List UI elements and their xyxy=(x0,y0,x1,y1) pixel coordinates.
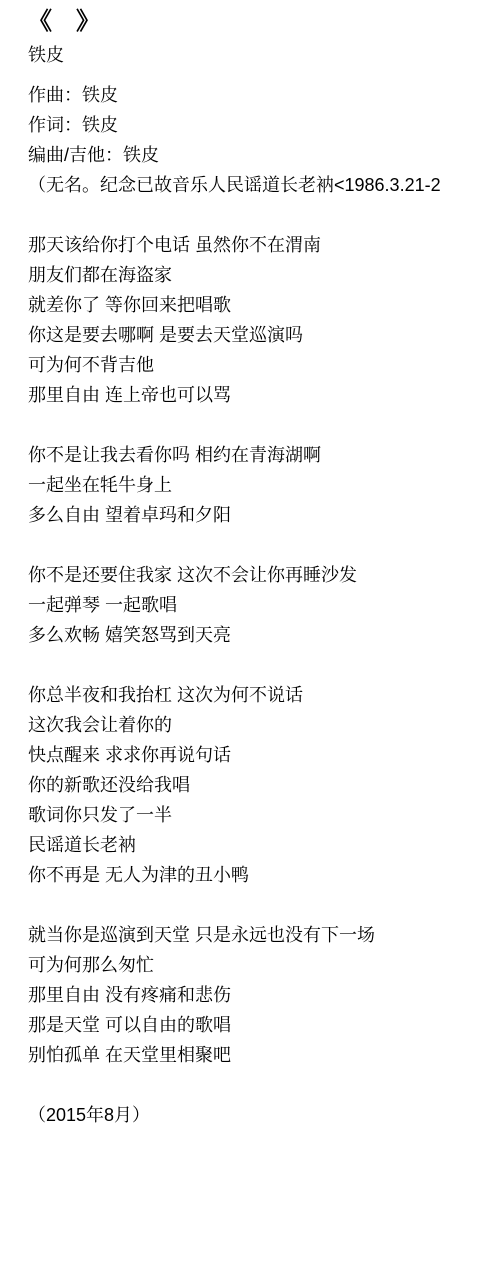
lyric-line: 多么欢畅 嬉笑怒骂到天亮 xyxy=(28,620,500,650)
lyric-line: 你不是还要住我家 这次不会让你再睡沙发 xyxy=(28,560,500,590)
lyric-line: 那里自由 连上帝也可以骂 xyxy=(28,380,500,410)
lyric-line: 你的新歌还没给我唱 xyxy=(28,770,500,800)
credit-composer: 作曲：铁皮 xyxy=(28,80,500,110)
lyrics-body: 那天该给你打个电话 虽然你不在渭南朋友们都在海盗家就差你了 等你回来把唱歌你这是… xyxy=(28,230,500,1070)
lyric-line: 多么自由 望着卓玛和夕阳 xyxy=(28,500,500,530)
lyric-line: 快点醒来 求求你再说句话 xyxy=(28,740,500,770)
lyric-line: 民谣道长老衲 xyxy=(28,830,500,860)
lyric-line: 那是天堂 可以自由的歌唱 xyxy=(28,1010,500,1040)
lyric-line: 你不是让我去看你吗 相约在青海湖啊 xyxy=(28,440,500,470)
lyric-line: 那天该给你打个电话 虽然你不在渭南 xyxy=(28,230,500,260)
lyric-line: 你这是要去哪啊 是要去天堂巡演吗 xyxy=(28,320,500,350)
dedication-note: （无名。纪念已故音乐人民谣道长老衲<1986.3.21-2 xyxy=(28,170,500,200)
stanza: 你总半夜和我抬杠 这次为何不说话这次我会让着你的快点醒来 求求你再说句话你的新歌… xyxy=(28,680,500,890)
lyric-line: 就当你是巡演到天堂 只是永远也没有下一场 xyxy=(28,920,500,950)
lyrics-page: 《 》 铁皮 作曲：铁皮 作词：铁皮 编曲/吉他：铁皮 （无名。纪念已故音乐人民… xyxy=(0,0,500,1270)
lyric-line: 一起弹琴 一起歌唱 xyxy=(28,590,500,620)
credits-block: 作曲：铁皮 作词：铁皮 编曲/吉他：铁皮 （无名。纪念已故音乐人民谣道长老衲<1… xyxy=(28,80,500,200)
lyric-line: 可为何不背吉他 xyxy=(28,350,500,380)
lyric-line: 你不再是 无人为津的丑小鸭 xyxy=(28,860,500,890)
lyric-line: 你总半夜和我抬杠 这次为何不说话 xyxy=(28,680,500,710)
lyric-line: 朋友们都在海盗家 xyxy=(28,260,500,290)
credit-lyricist: 作词：铁皮 xyxy=(28,110,500,140)
stanza: 那天该给你打个电话 虽然你不在渭南朋友们都在海盗家就差你了 等你回来把唱歌你这是… xyxy=(28,230,500,410)
lyric-line: 这次我会让着你的 xyxy=(28,710,500,740)
lyric-line: 那里自由 没有疼痛和悲伤 xyxy=(28,980,500,1010)
stanza: 你不是还要住我家 这次不会让你再睡沙发一起弹琴 一起歌唱多么欢畅 嬉笑怒骂到天亮 xyxy=(28,560,500,650)
song-title: 《 》 xyxy=(28,4,500,40)
stanza: 就当你是巡演到天堂 只是永远也没有下一场可为何那么匆忙那里自由 没有疼痛和悲伤那… xyxy=(28,920,500,1070)
lyric-line: 可为何那么匆忙 xyxy=(28,950,500,980)
stanza: 你不是让我去看你吗 相约在青海湖啊一起坐在牦牛身上多么自由 望着卓玛和夕阳 xyxy=(28,440,500,530)
credit-arranger-guitar: 编曲/吉他：铁皮 xyxy=(28,140,500,170)
lyric-line: 歌词你只发了一半 xyxy=(28,800,500,830)
lyric-line: 一起坐在牦牛身上 xyxy=(28,470,500,500)
lyric-line: 就差你了 等你回来把唱歌 xyxy=(28,290,500,320)
date-note: （2015年8月） xyxy=(28,1100,500,1130)
lyric-line: 别怕孤单 在天堂里相聚吧 xyxy=(28,1040,500,1070)
artist-name: 铁皮 xyxy=(28,40,500,70)
